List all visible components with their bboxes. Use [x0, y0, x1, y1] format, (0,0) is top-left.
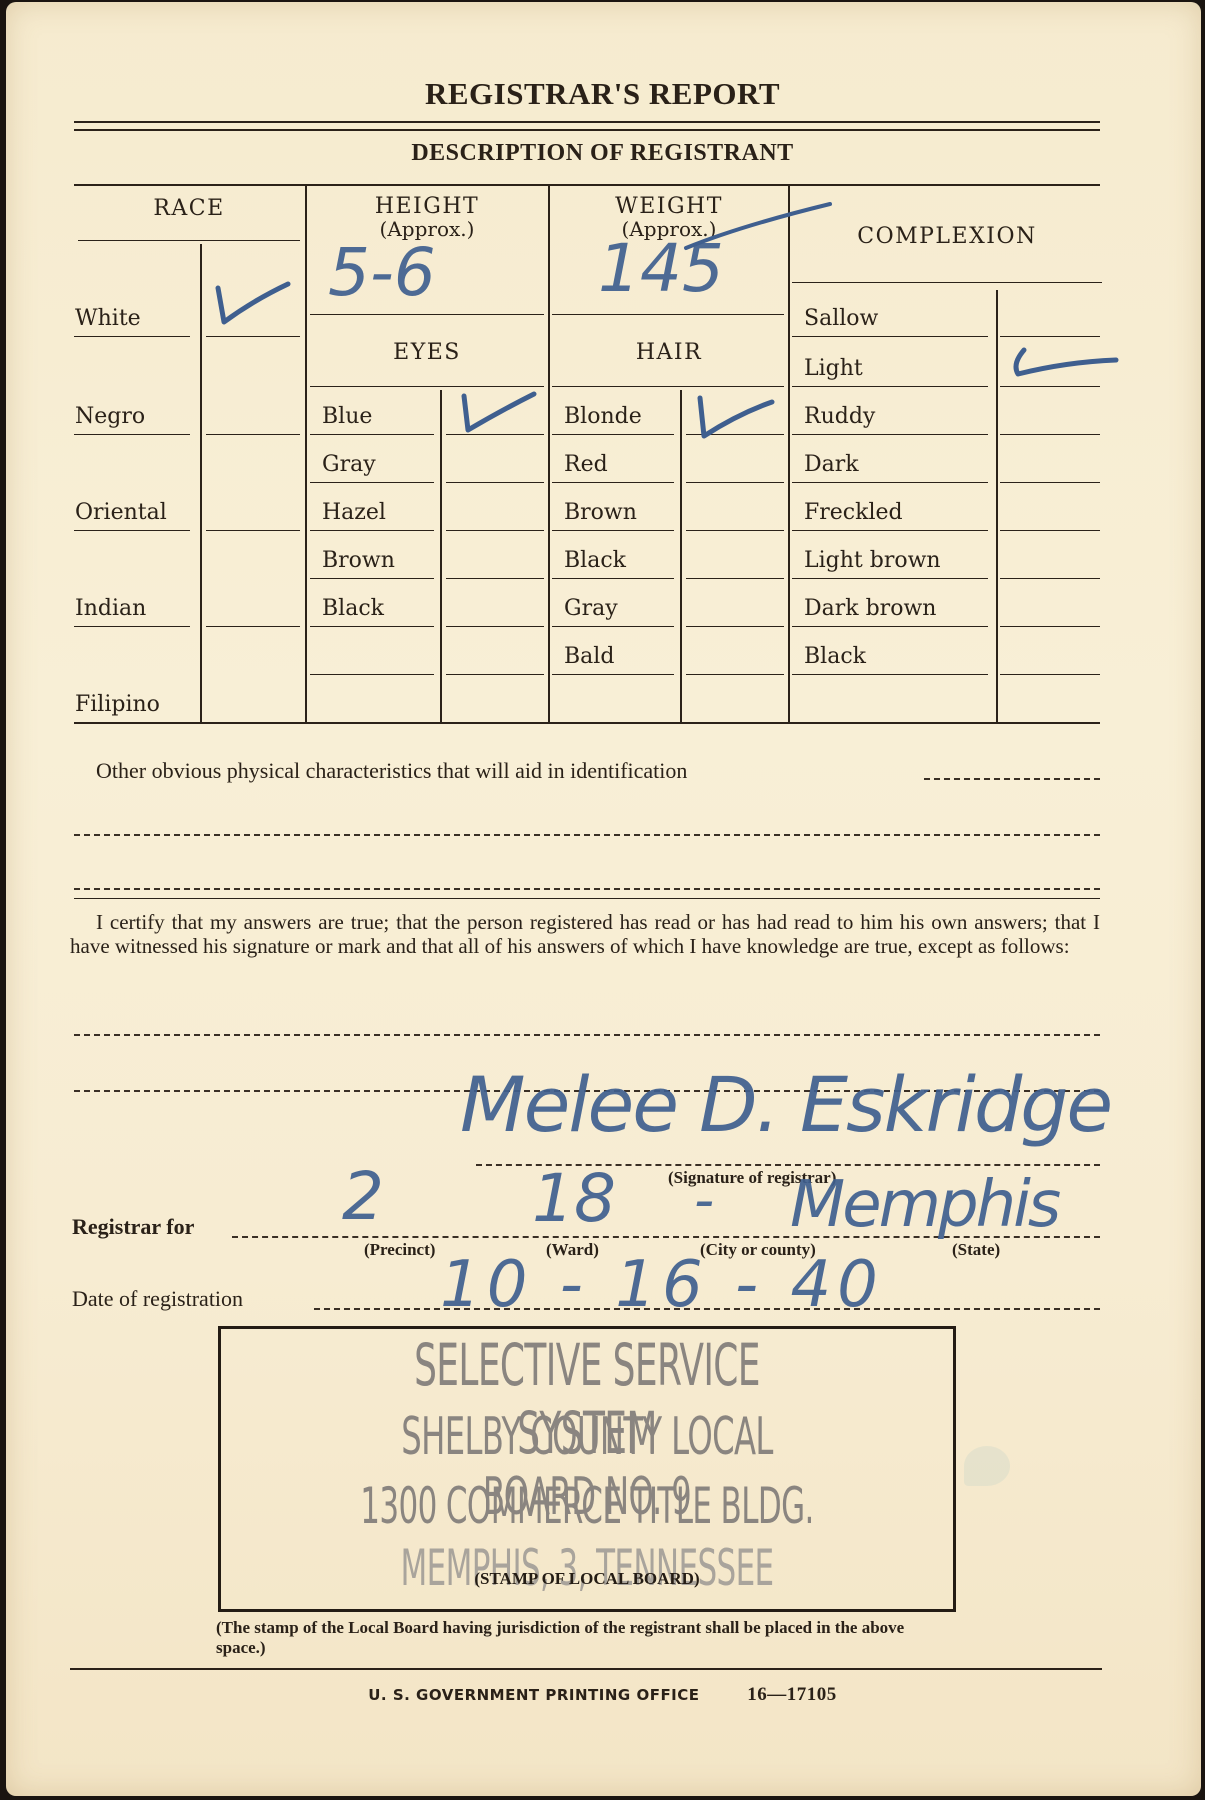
complexion-check-rule: [1000, 482, 1100, 483]
ward-value: 18: [532, 1160, 616, 1237]
weight-flourish-stroke: [680, 196, 840, 256]
hair-rule: [552, 626, 674, 627]
hair-rule: [552, 530, 674, 531]
race-check-rule: [206, 530, 300, 531]
eyes-header: EYES: [306, 340, 548, 365]
title-rule-1: [74, 121, 1100, 123]
height-header-label: HEIGHT: [375, 194, 479, 219]
complexion-option-freckled: Freckled: [804, 500, 903, 525]
stamp-instruction-note: (The stamp of the Local Board having jur…: [216, 1618, 956, 1658]
eyes-check-rule: [446, 578, 544, 579]
hair-check-rule: [686, 626, 784, 627]
race-rule: [74, 434, 190, 435]
complexion-check-rule: [1000, 336, 1100, 337]
other-characteristics-field-2[interactable]: [74, 834, 1100, 836]
paper-stain: [964, 1446, 1010, 1486]
certification-text: I certify that my answers are true; that…: [70, 910, 1100, 958]
eyes-rule: [310, 626, 434, 627]
complexion-check-rule: [1000, 578, 1100, 579]
other-characteristics-field-1[interactable]: [924, 778, 1100, 780]
complexion-rule: [792, 578, 988, 579]
section-title: DESCRIPTION OF REGISTRANT: [0, 140, 1205, 167]
complexion-option-black: Black: [804, 644, 866, 669]
form-number: 16—17105: [747, 1684, 837, 1705]
col-divider-weight: [788, 186, 790, 722]
hair-check-rule: [686, 482, 784, 483]
height-value: 5-6: [328, 234, 436, 311]
footer: U. S. GOVERNMENT PRINTING OFFICE 16—1710…: [0, 1684, 1205, 1706]
hair-option-black: Black: [564, 548, 626, 573]
hair-blonde-checkmark-icon: [692, 392, 778, 440]
race-check-divider: [200, 244, 202, 722]
complexion-check-rule: [1000, 386, 1100, 387]
eyes-blue-checkmark-icon: [458, 388, 538, 436]
eyes-option-black: Black: [322, 596, 384, 621]
col-divider-race: [305, 186, 307, 722]
hair-option-brown: Brown: [564, 500, 637, 525]
race-rule: [74, 626, 190, 627]
race-option-oriental: Oriental: [75, 500, 167, 525]
complexion-light-checkmark-icon: [1006, 344, 1120, 380]
race-option-indian: Indian: [75, 596, 146, 621]
hair-header-rule: [552, 386, 784, 387]
race-white-checkmark-icon: [214, 278, 292, 328]
section-divider-rule: [74, 898, 1100, 899]
race-check-rule: [206, 626, 300, 627]
eyes-option-gray: Gray: [322, 452, 376, 477]
complexion-check-rule: [1000, 434, 1100, 435]
city-value: Memphis: [790, 1168, 1058, 1242]
stamp-caption: (STAMP OF LOCAL BOARD): [221, 1569, 953, 1589]
hair-option-bald: Bald: [564, 644, 614, 669]
race-header-rule: [78, 240, 300, 241]
complexion-rule: [792, 386, 988, 387]
eyes-check-rule: [446, 530, 544, 531]
race-check-rule: [206, 336, 300, 337]
complexion-check-rule: [1000, 626, 1100, 627]
weight-value-rule: [552, 314, 784, 315]
eyes-check-rule: [446, 482, 544, 483]
eyes-check-rule: [446, 626, 544, 627]
race-option-white: White: [75, 306, 141, 331]
eyes-option-hazel: Hazel: [322, 500, 386, 525]
race-rule: [74, 336, 190, 337]
complexion-option-light: Light: [804, 356, 863, 381]
date-of-registration-label: Date of registration: [72, 1286, 243, 1312]
complexion-rule: [792, 530, 988, 531]
hair-option-blonde: Blonde: [564, 404, 642, 429]
footer-rule: [70, 1668, 1102, 1670]
complexion-header-rule: [792, 282, 1102, 283]
complexion-check-rule: [1000, 674, 1100, 675]
registrar-for-label: Registrar for: [72, 1214, 194, 1240]
eyes-check-rule: [446, 674, 544, 675]
hair-rule: [552, 482, 674, 483]
eyes-rule: [310, 530, 434, 531]
race-header: RACE: [74, 196, 304, 221]
complexion-option-light-brown: Light brown: [804, 548, 941, 573]
hair-check-rule: [686, 674, 784, 675]
complexion-rule: [792, 626, 988, 627]
race-rule: [74, 530, 190, 531]
page-title: REGISTRAR'S REPORT: [0, 76, 1205, 112]
local-board-stamp-area: SELECTIVE SERVICE SYSTEM SHELBY COUNTY L…: [218, 1326, 956, 1612]
eyes-rule: [310, 482, 434, 483]
printer-name: U. S. GOVERNMENT PRINTING OFFICE: [368, 1686, 699, 1704]
state-caption: (State): [952, 1240, 1000, 1260]
complexion-rule: [792, 434, 988, 435]
height-value-rule: [310, 314, 544, 315]
other-characteristics-field-3[interactable]: [74, 888, 1100, 890]
complexion-option-dark: Dark: [804, 452, 859, 477]
hair-check-rule: [686, 530, 784, 531]
eyes-rule: [310, 434, 434, 435]
ward-city-separator: -: [694, 1168, 714, 1233]
date-of-registration-value: 10 - 16 - 40: [440, 1248, 884, 1322]
complexion-rule: [792, 674, 988, 675]
col-divider-height: [548, 186, 550, 722]
hair-check-rule: [686, 578, 784, 579]
hair-rule: [552, 674, 674, 675]
hair-rule: [552, 578, 674, 579]
complexion-rule: [792, 482, 988, 483]
complexion-option-ruddy: Ruddy: [804, 404, 875, 429]
complexion-option-sallow: Sallow: [804, 306, 878, 331]
stamp-line-3: 1300 COMMERCE TITLE BLDG.: [360, 1477, 814, 1535]
hair-rule: [552, 434, 674, 435]
complexion-check-divider: [996, 290, 998, 722]
exceptions-field-1[interactable]: [74, 1034, 1100, 1036]
registrar-signature: Melee D. Eskridge: [460, 1060, 1111, 1149]
eyes-rule: [310, 578, 434, 579]
race-check-rule: [206, 434, 300, 435]
table-bottom-rule: [74, 722, 1100, 724]
precinct-caption: (Precinct): [364, 1240, 435, 1260]
eyes-check-divider: [440, 390, 442, 722]
race-option-filipino: Filipino: [75, 692, 160, 717]
title-rule-2: [74, 129, 1100, 131]
complexion-rule: [792, 336, 988, 337]
hair-check-divider: [680, 390, 682, 722]
complexion-option-dark-brown: Dark brown: [804, 596, 936, 621]
eyes-rule: [310, 674, 434, 675]
hair-option-gray: Gray: [564, 596, 618, 621]
eyes-option-brown: Brown: [322, 548, 395, 573]
complexion-check-rule: [1000, 530, 1100, 531]
other-characteristics-label: Other obvious physical characteristics t…: [96, 758, 687, 784]
eyes-header-rule: [310, 386, 544, 387]
precinct-value: 2: [342, 1158, 384, 1235]
hair-header: HAIR: [549, 340, 789, 365]
height-header: HEIGHT (Approx.): [306, 194, 548, 239]
eyes-option-blue: Blue: [322, 404, 372, 429]
table-top-rule: [74, 184, 1100, 186]
race-option-negro: Negro: [75, 404, 145, 429]
hair-option-red: Red: [564, 452, 608, 477]
